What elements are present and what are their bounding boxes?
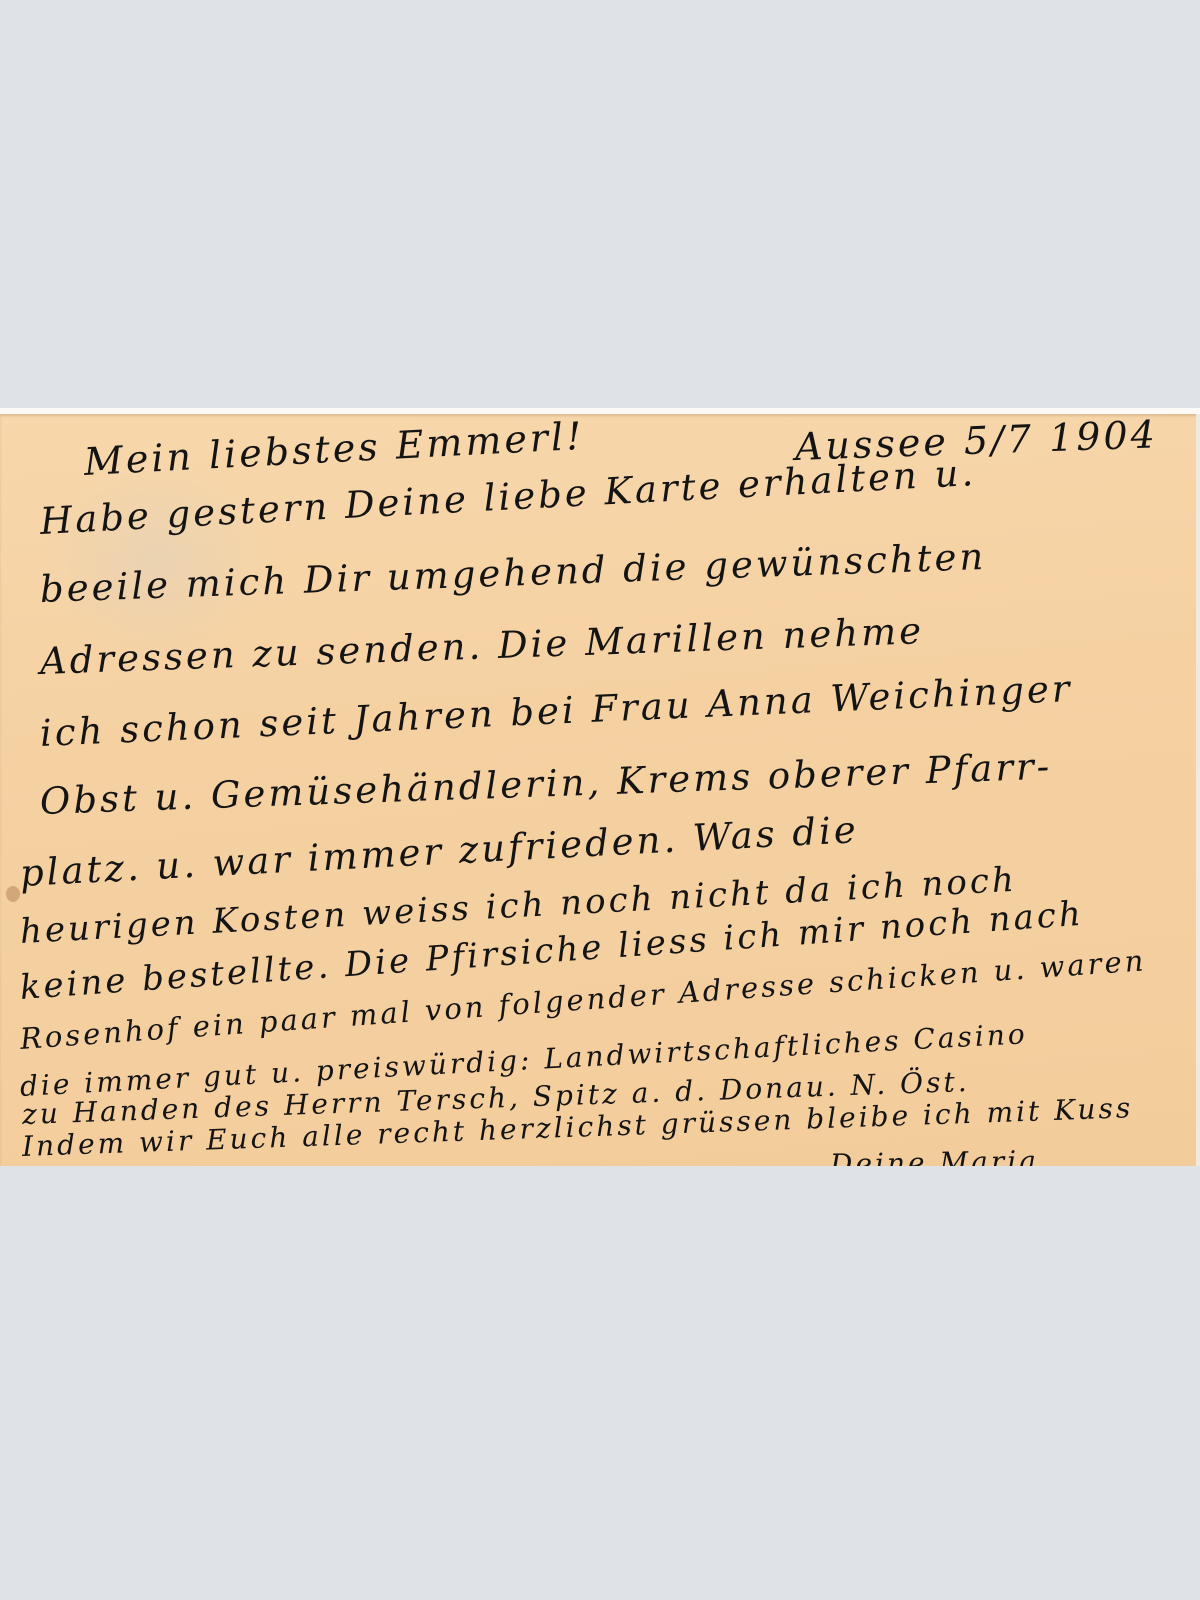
ink-stain bbox=[6, 886, 20, 902]
card-right-edge bbox=[1196, 414, 1200, 1166]
background-bottom bbox=[0, 1166, 1200, 1600]
